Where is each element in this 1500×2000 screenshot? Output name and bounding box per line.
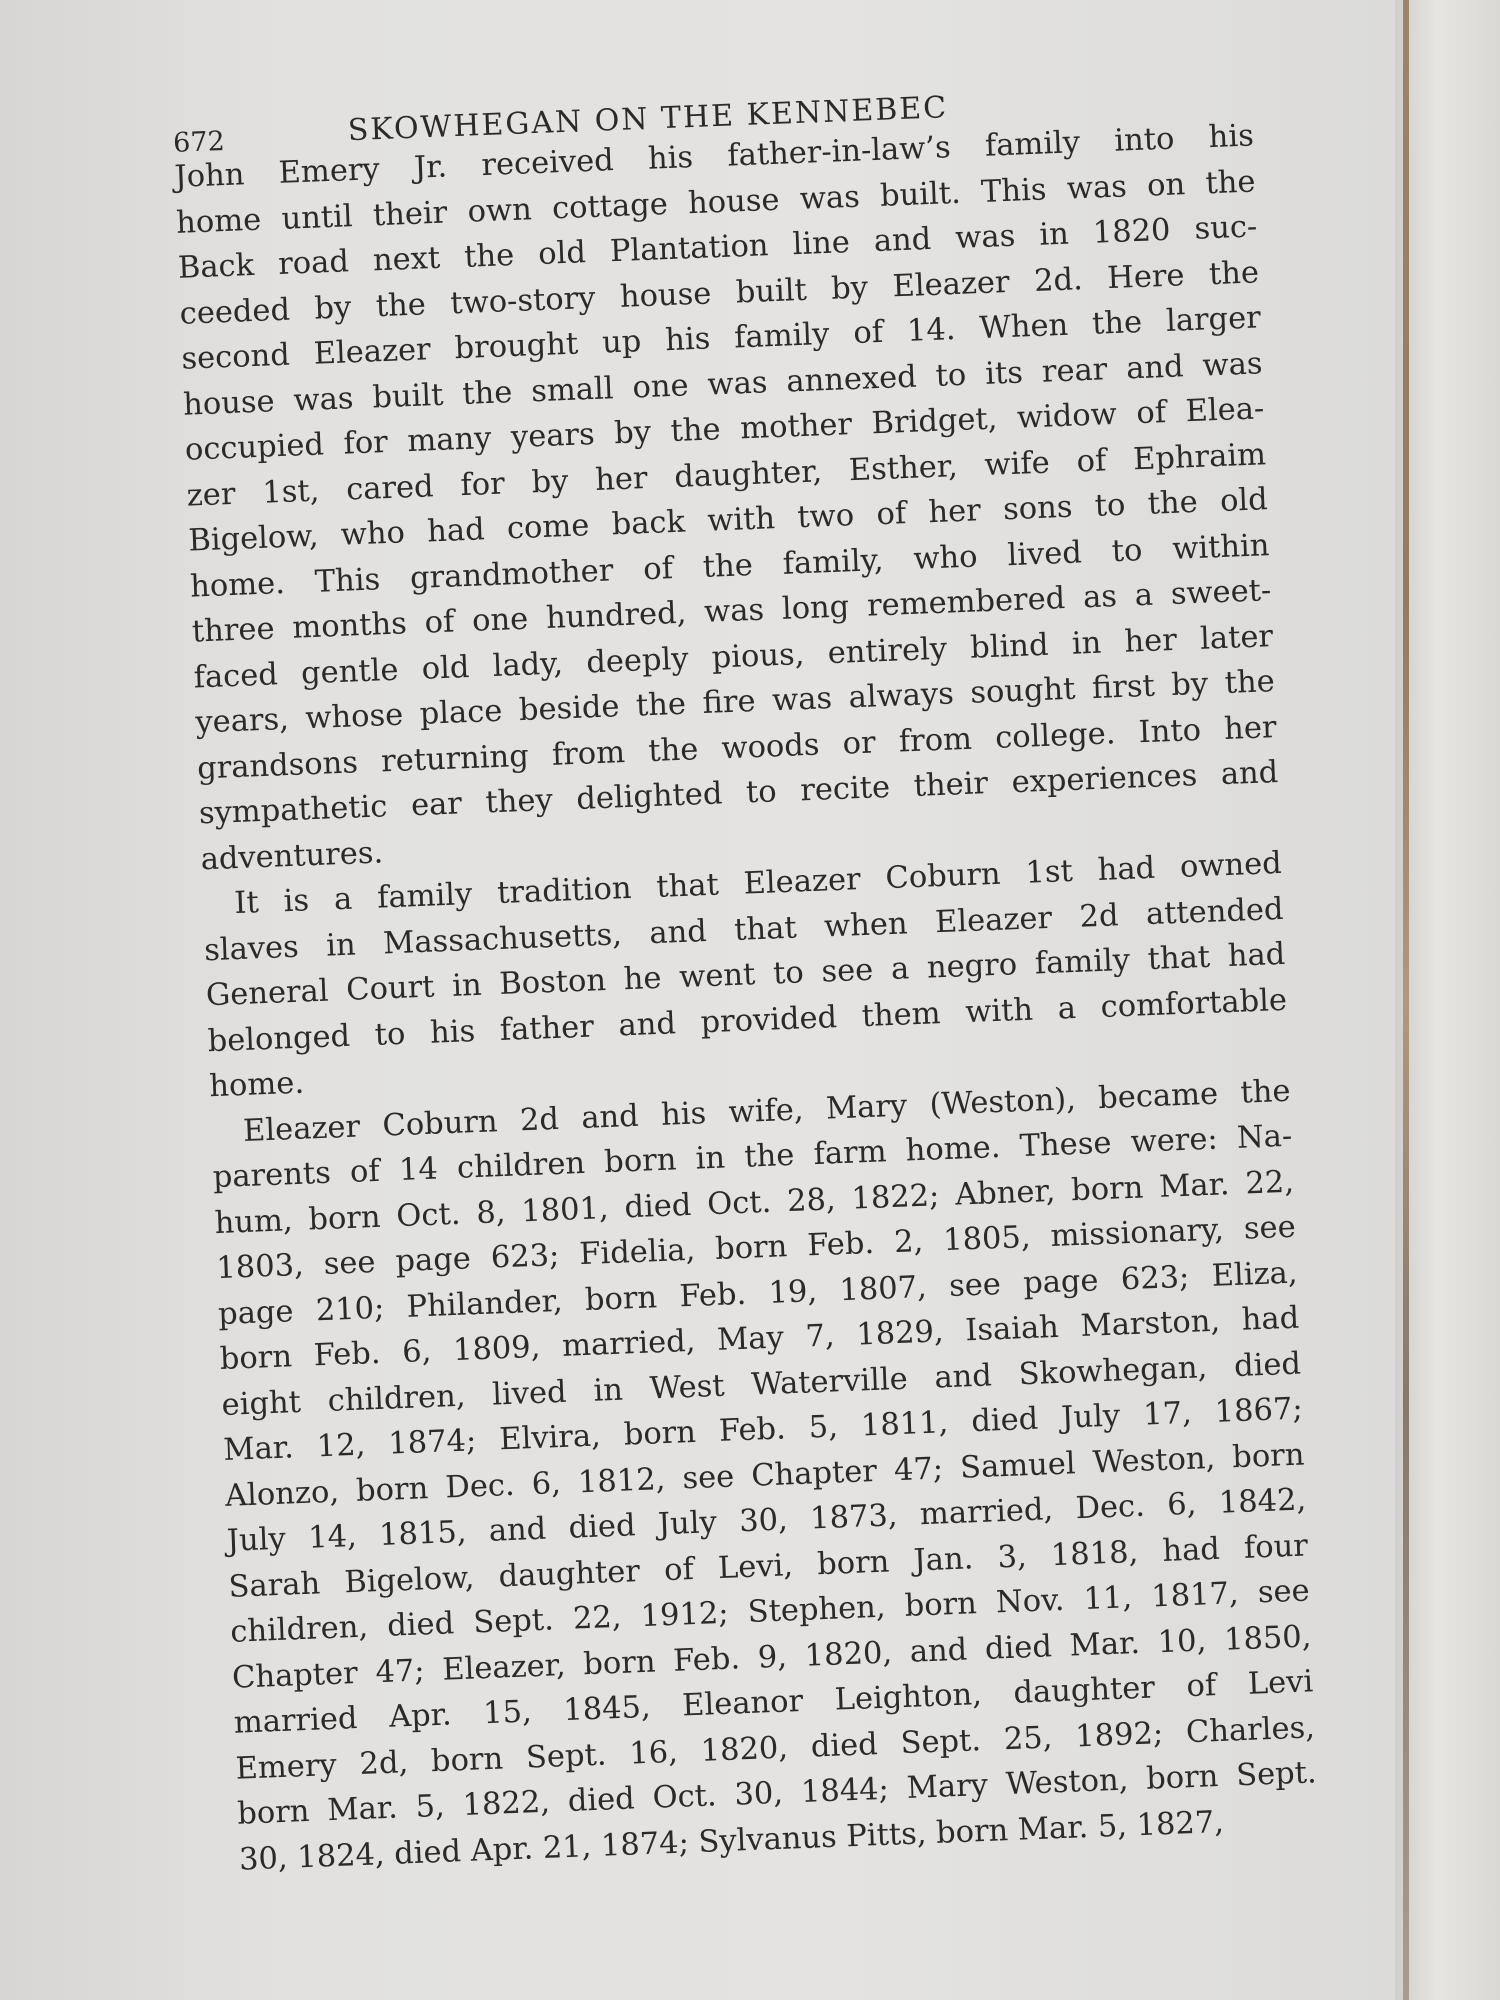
paragraph-2: It is a family tradition that Eleazer Co…	[202, 841, 1290, 1110]
adjacent-page-edge	[1395, 0, 1500, 2000]
paragraph-1: John Emery Jr. received his father-in-la…	[174, 113, 1281, 882]
page-number: 672	[173, 126, 226, 159]
page-edge-stain	[1403, 0, 1409, 2000]
paragraph-3: Eleazer Coburn 2d and his wife, Mary (We…	[210, 1068, 1319, 1882]
page-content: 672 SKOWHEGAN ON THE KENNEBEC John Emery…	[170, 19, 1319, 1883]
